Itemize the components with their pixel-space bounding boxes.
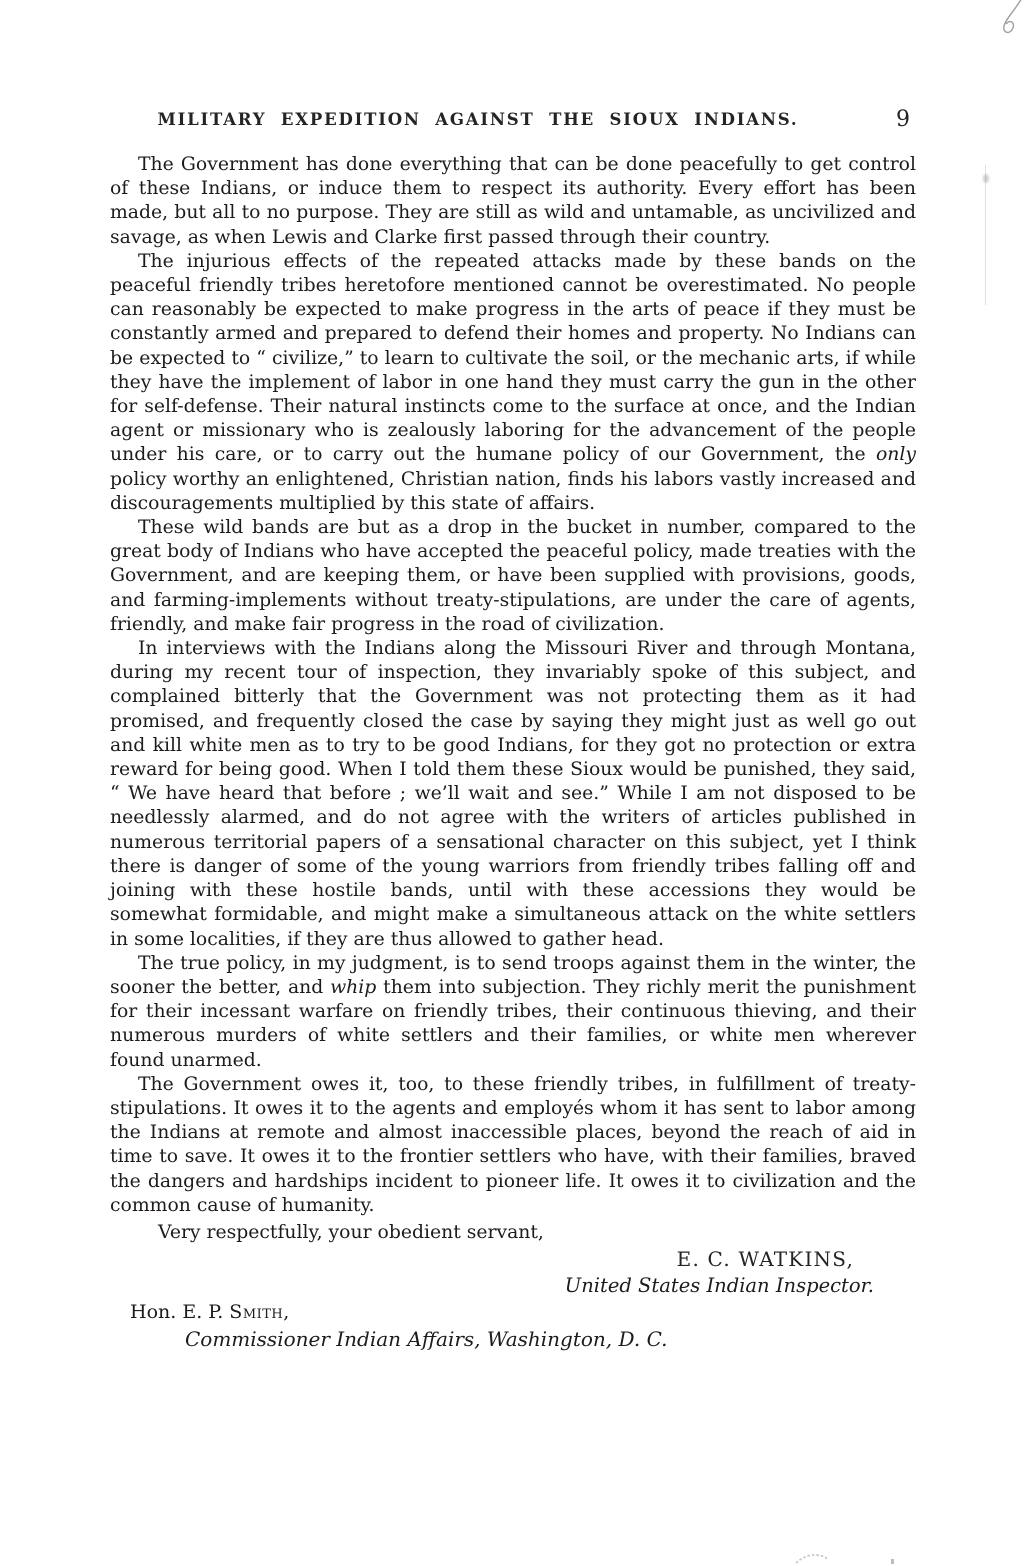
page-header: MILITARY EXPEDITION AGAINST THE SIOUX IN… bbox=[110, 110, 916, 140]
document-body: The Government has done everything that … bbox=[110, 153, 916, 1352]
pencil-arc-artifact bbox=[795, 1549, 831, 1566]
addressee-suffix: , bbox=[283, 1301, 289, 1323]
signature-name: E. C. WATKINS, bbox=[110, 1246, 916, 1273]
paragraphs: The Government has done everything that … bbox=[110, 153, 916, 1218]
closing-block: Very respectfully, your obedient servant… bbox=[110, 1220, 916, 1353]
pen-mark-artifact bbox=[997, 0, 1025, 38]
page-number: 9 bbox=[896, 107, 910, 132]
paragraph: In interviews with the Indians along the… bbox=[110, 637, 916, 952]
paragraph: The injurious effects of the repeated at… bbox=[110, 250, 916, 516]
scan-smudge-artifact bbox=[983, 174, 989, 183]
addressee-line: Hon. E. P. Smith, bbox=[110, 1299, 916, 1326]
addressee-prefix: Hon. E. P. bbox=[130, 1301, 229, 1323]
scan-line-artifact bbox=[985, 165, 986, 305]
text-run: The injurious effects of the repeated at… bbox=[110, 251, 916, 466]
running-head-title: MILITARY EXPEDITION AGAINST THE SIOUX IN… bbox=[110, 110, 846, 129]
text-run: These wild bands are but as a drop in th… bbox=[110, 517, 916, 635]
text-run: The Government owes it, too, to these fr… bbox=[110, 1074, 916, 1216]
italic-text-run: only bbox=[876, 444, 916, 465]
addressee-name: Smith bbox=[229, 1301, 283, 1323]
signature-role: United States Indian Inspector. bbox=[110, 1273, 916, 1300]
paragraph: The Government owes it, too, to these fr… bbox=[110, 1073, 916, 1218]
paragraph: The true policy, in my judgment, is to s… bbox=[110, 952, 916, 1073]
italic-text-run: whip bbox=[330, 977, 376, 998]
paragraph: The Government has done everything that … bbox=[110, 153, 916, 250]
valediction: Very respectfully, your obedient servant… bbox=[110, 1220, 916, 1247]
document-page: MILITARY EXPEDITION AGAINST THE SIOUX IN… bbox=[0, 0, 1025, 1566]
text-run: policy worthy an enlightened, Christian … bbox=[110, 469, 916, 514]
text-run: The Government has done everything that … bbox=[110, 154, 916, 248]
speck-artifact bbox=[891, 1559, 894, 1564]
paragraph: These wild bands are but as a drop in th… bbox=[110, 516, 916, 637]
addressee-role: Commissioner Indian Affairs, Washington,… bbox=[110, 1326, 916, 1353]
text-run: In interviews with the Indians along the… bbox=[110, 638, 916, 949]
